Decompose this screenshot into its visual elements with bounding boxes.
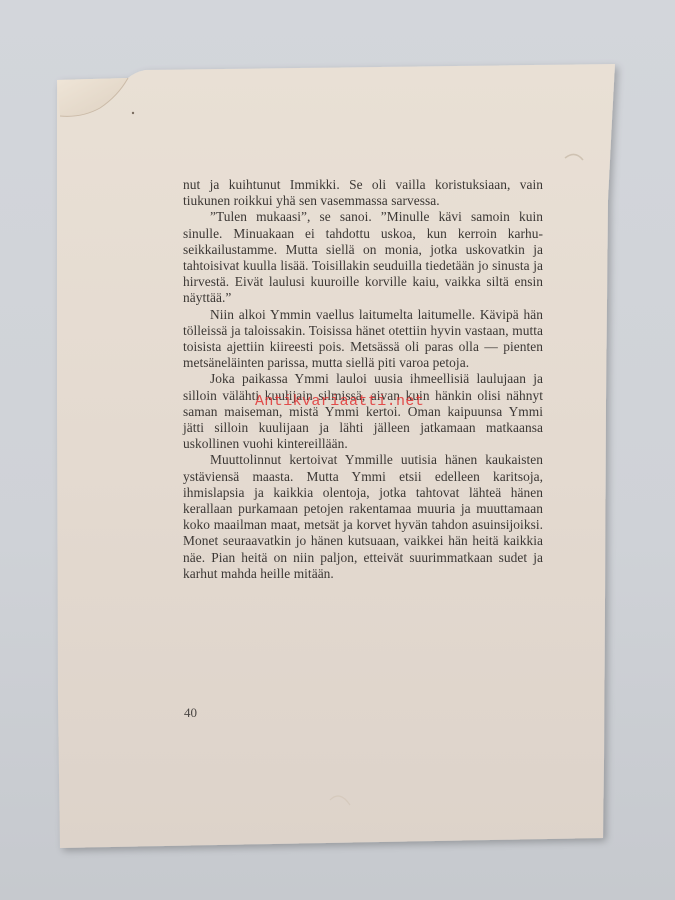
body-text: nut ja kuihtunut Immikki. Se oli vailla … xyxy=(183,177,543,582)
paragraph-1: nut ja kuihtunut Immikki. Se oli vailla … xyxy=(183,177,543,209)
paragraph-5: Muuttolinnut kertoivat Ymmille uutisia h… xyxy=(183,452,543,582)
paragraph-2: ”Tulen mukaasi”, se sanoi. ”Minulle kävi… xyxy=(183,209,543,306)
paragraph-3: Niin alkoi Ymmin vaellus laitumelta lait… xyxy=(183,307,543,372)
paragraph-4: Joka paikassa Ymmi lauloi uusia ihmeelli… xyxy=(183,371,543,452)
page-number: 40 xyxy=(184,705,197,721)
